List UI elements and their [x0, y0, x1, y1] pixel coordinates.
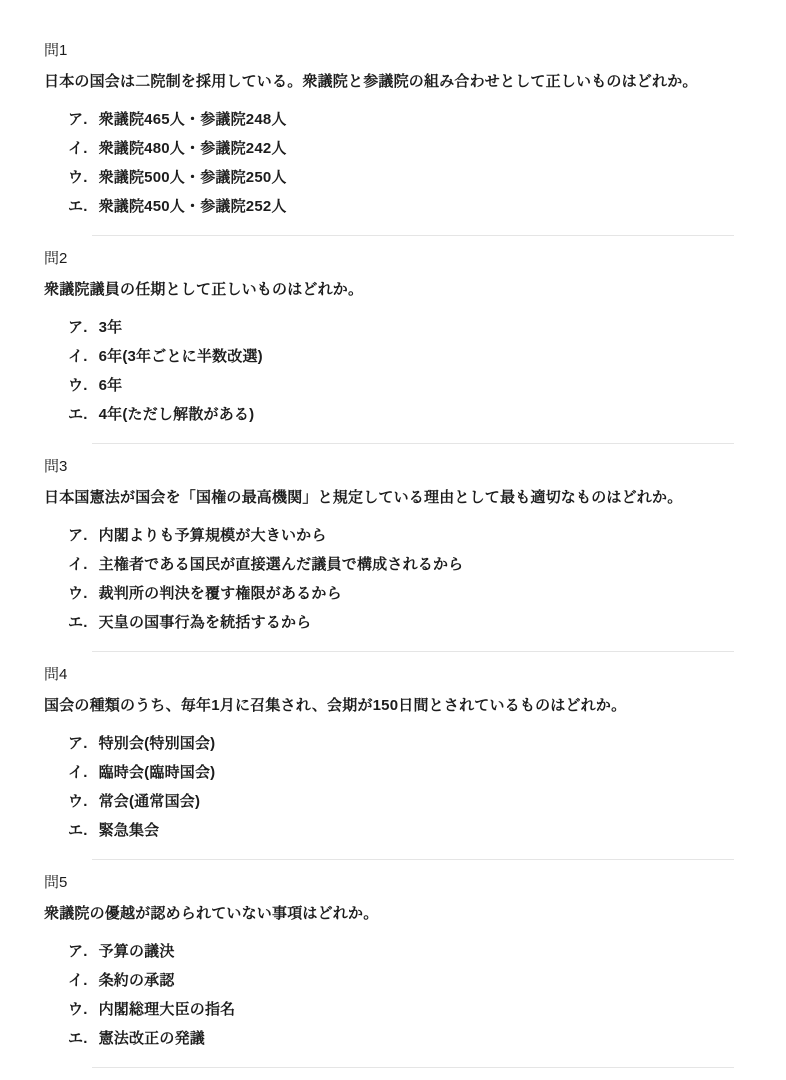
section-divider	[92, 235, 734, 236]
question-number: 問4	[44, 666, 738, 684]
option-text: 衆議院465人・参議院248人	[99, 108, 287, 129]
question-block-4: 問4 国会の種類のうち、毎年1月に召集され、会期が150日間とされているものはど…	[44, 666, 738, 860]
option-text: 主権者である国民が直接選んだ議員で構成されるから	[99, 553, 464, 574]
option-letter: エ.	[68, 819, 88, 840]
option-b: イ. 6年(3年ごとに半数改選)	[68, 341, 738, 370]
option-b: イ. 主権者である国民が直接選んだ議員で構成されるから	[68, 549, 738, 578]
option-text: 衆議院500人・参議院250人	[99, 166, 287, 187]
option-c: ウ. 衆議院500人・参議院250人	[68, 162, 738, 191]
question-block-1: 問1 日本の国会は二院制を採用している。衆議院と参議院の組み合わせとして正しいも…	[44, 42, 738, 236]
question-number: 問1	[44, 42, 738, 60]
option-b: イ. 条約の承認	[68, 965, 738, 994]
question-block-5: 問5 衆議院の優越が認められていない事項はどれか。 ア. 予算の議決 イ. 条約…	[44, 874, 738, 1068]
question-number: 問2	[44, 250, 738, 268]
option-letter: ウ.	[68, 374, 88, 395]
option-letter: エ.	[68, 611, 88, 632]
options-list: ア. 予算の議決 イ. 条約の承認 ウ. 内閣総理大臣の指名 エ. 憲法改正の発…	[44, 936, 738, 1052]
option-text: 裁判所の判決を覆す権限があるから	[99, 582, 342, 603]
option-text: 臨時会(臨時国会)	[99, 761, 216, 782]
option-text: 緊急集会	[99, 819, 160, 840]
option-letter: ウ.	[68, 582, 88, 603]
section-divider	[92, 651, 734, 652]
option-letter: ア.	[68, 524, 88, 545]
option-letter: ア.	[68, 108, 88, 129]
option-letter: ウ.	[68, 790, 88, 811]
option-text: 予算の議決	[99, 940, 175, 961]
option-letter: エ.	[68, 403, 88, 424]
option-text: 天皇の国事行為を統括するから	[99, 611, 312, 632]
option-a: ア. 特別会(特別国会)	[68, 728, 738, 757]
question-number: 問5	[44, 874, 738, 892]
option-a: ア. 3年	[68, 312, 738, 341]
option-text: 衆議院480人・参議院242人	[99, 137, 287, 158]
option-c: ウ. 常会(通常国会)	[68, 786, 738, 815]
question-text: 日本国憲法が国会を「国権の最高機関」と規定している理由として最も適切なものはどれ…	[44, 488, 738, 508]
option-a: ア. 内閣よりも予算規模が大きいから	[68, 520, 738, 549]
option-letter: エ.	[68, 195, 88, 216]
options-list: ア. 衆議院465人・参議院248人 イ. 衆議院480人・参議院242人 ウ.…	[44, 104, 738, 220]
option-text: 4年(ただし解散がある)	[99, 403, 255, 424]
option-text: 3年	[99, 316, 123, 337]
option-text: 6年	[99, 374, 123, 395]
options-list: ア. 特別会(特別国会) イ. 臨時会(臨時国会) ウ. 常会(通常国会) エ.…	[44, 728, 738, 844]
option-letter: ウ.	[68, 166, 88, 187]
question-text: 衆議院の優越が認められていない事項はどれか。	[44, 904, 738, 924]
question-number: 問3	[44, 458, 738, 476]
option-letter: イ.	[68, 345, 88, 366]
option-b: イ. 衆議院480人・参議院242人	[68, 133, 738, 162]
question-text: 衆議院議員の任期として正しいものはどれか。	[44, 280, 738, 300]
option-letter: イ.	[68, 137, 88, 158]
option-letter: イ.	[68, 969, 88, 990]
question-text: 日本の国会は二院制を採用している。衆議院と参議院の組み合わせとして正しいものはど…	[44, 72, 738, 92]
option-text: 衆議院450人・参議院252人	[99, 195, 287, 216]
option-b: イ. 臨時会(臨時国会)	[68, 757, 738, 786]
question-block-2: 問2 衆議院議員の任期として正しいものはどれか。 ア. 3年 イ. 6年(3年ご…	[44, 250, 738, 444]
option-text: 特別会(特別国会)	[99, 732, 216, 753]
option-text: 内閣総理大臣の指名	[99, 998, 236, 1019]
section-divider	[92, 1067, 734, 1068]
option-letter: ウ.	[68, 998, 88, 1019]
option-letter: ア.	[68, 316, 88, 337]
option-c: ウ. 内閣総理大臣の指名	[68, 994, 738, 1023]
option-a: ア. 衆議院465人・参議院248人	[68, 104, 738, 133]
option-c: ウ. 6年	[68, 370, 738, 399]
option-letter: エ.	[68, 1027, 88, 1048]
option-d: エ. 衆議院450人・参議院252人	[68, 191, 738, 220]
option-letter: ア.	[68, 732, 88, 753]
option-d: エ. 緊急集会	[68, 815, 738, 844]
option-text: 常会(通常国会)	[99, 790, 201, 811]
option-c: ウ. 裁判所の判決を覆す権限があるから	[68, 578, 738, 607]
option-letter: イ.	[68, 553, 88, 574]
option-d: エ. 憲法改正の発議	[68, 1023, 738, 1052]
option-text: 条約の承認	[99, 969, 175, 990]
option-text: 憲法改正の発議	[99, 1027, 205, 1048]
option-letter: イ.	[68, 761, 88, 782]
quiz-page: 問1 日本の国会は二院制を採用している。衆議院と参議院の組み合わせとして正しいも…	[44, 42, 738, 1068]
question-block-3: 問3 日本国憲法が国会を「国権の最高機関」と規定している理由として最も適切なもの…	[44, 458, 738, 652]
option-d: エ. 4年(ただし解散がある)	[68, 399, 738, 428]
options-list: ア. 内閣よりも予算規模が大きいから イ. 主権者である国民が直接選んだ議員で構…	[44, 520, 738, 636]
option-a: ア. 予算の議決	[68, 936, 738, 965]
option-text: 内閣よりも予算規模が大きいから	[99, 524, 327, 545]
question-text: 国会の種類のうち、毎年1月に召集され、会期が150日間とされているものはどれか。	[44, 696, 738, 716]
section-divider	[92, 443, 734, 444]
section-divider	[92, 859, 734, 860]
options-list: ア. 3年 イ. 6年(3年ごとに半数改選) ウ. 6年 エ. 4年(ただし解散…	[44, 312, 738, 428]
option-letter: ア.	[68, 940, 88, 961]
option-text: 6年(3年ごとに半数改選)	[99, 345, 263, 366]
option-d: エ. 天皇の国事行為を統括するから	[68, 607, 738, 636]
